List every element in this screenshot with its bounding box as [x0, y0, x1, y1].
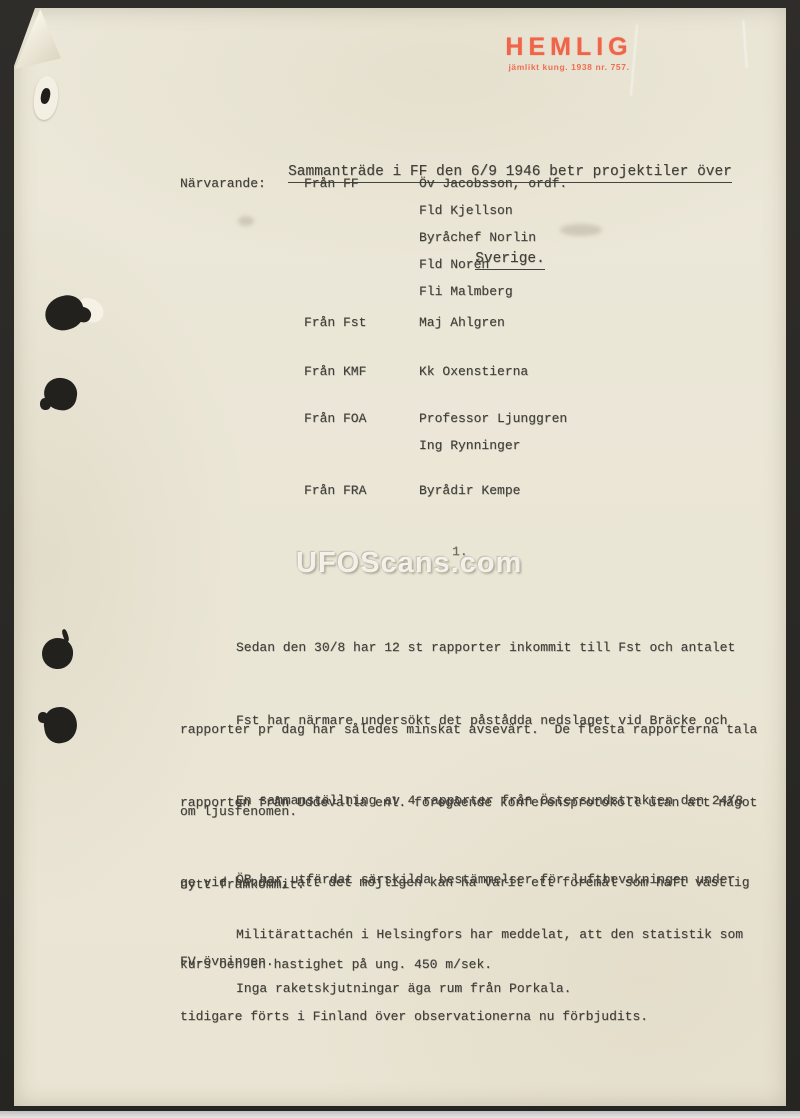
hemlig-stamp-subtitle: jämlikt kung. 1938 nr. 757.: [486, 62, 652, 72]
hemlig-stamp: HEMLIG: [494, 33, 644, 62]
attendee-org: Från FOA: [304, 411, 366, 426]
attendee-org: Från Fst: [304, 315, 366, 330]
attendee-name: Maj Ahlgren: [419, 315, 505, 330]
attendee-name: Ing Rynninger: [419, 438, 520, 453]
document-title-line2: Sverige.: [210, 245, 800, 274]
attendee-name: Öv Jacobsson, ordf.: [419, 176, 567, 191]
paragraph-line: Fst har närmare undersökt det påstådda n…: [180, 707, 780, 734]
paragraph: Inga raketskjutningar äga rum från Porka…: [180, 921, 780, 1057]
ufoscans-watermark: UFOScans.com: [296, 547, 516, 580]
scan-edge-strip: [0, 1111, 800, 1118]
attendee-name: Fld Kjellson: [419, 203, 513, 218]
scanned-document-page: HEMLIG jämlikt kung. 1938 nr. 757. Samma…: [0, 0, 800, 1118]
punch-hole: [38, 712, 48, 723]
attendee-name: Byråchef Norlin: [419, 230, 536, 245]
punch-hole: [40, 398, 51, 410]
attendee-org: Från FRA: [304, 483, 366, 498]
attendee-org: Från KMF: [304, 364, 366, 379]
attendee-name: Fli Malmberg: [419, 284, 513, 299]
paragraph-line: En sammanställning av 4 rapporter från Ö…: [180, 787, 780, 814]
attendee-name: Byrådir Kempe: [419, 483, 520, 498]
paragraph-line: Inga raketskjutningar äga rum från Porka…: [180, 975, 780, 1002]
attendee-name: Kk Oxenstierna: [419, 364, 528, 379]
attendee-name: Professor Ljunggren: [419, 411, 567, 426]
attendee-org: Från FF: [304, 176, 359, 191]
attendees-label: Närvarande:: [180, 176, 266, 191]
attendee-name: Fld Norén: [419, 257, 489, 272]
